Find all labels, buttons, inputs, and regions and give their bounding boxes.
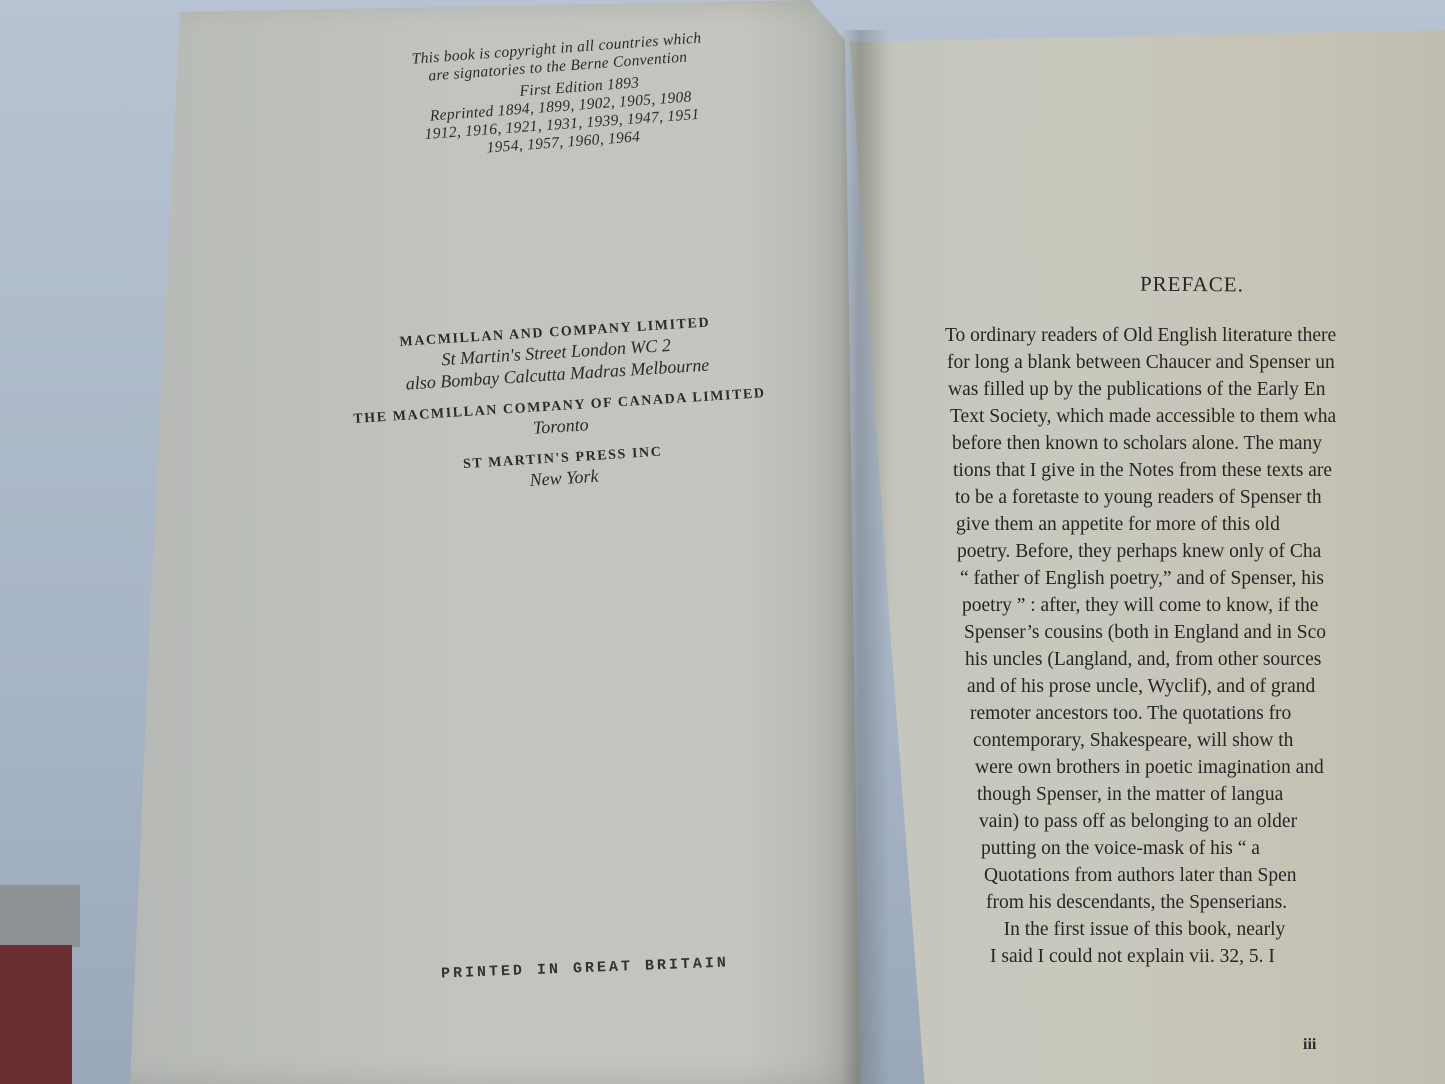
preface-line: his uncles (Langland, and, from other so… — [965, 646, 1445, 673]
preface-line: Spenser’s cousins (both in England and i… — [964, 619, 1445, 646]
preface-line: tions that I give in the Notes from thes… — [953, 457, 1445, 484]
preface-line: contemporary, Shakespeare, will show th — [973, 727, 1445, 754]
preface-line: for long a blank between Chaucer and Spe… — [947, 349, 1445, 376]
book-gutter — [840, 30, 890, 1084]
preface-line: To ordinary readers of Old English liter… — [945, 322, 1445, 349]
preface-line: to be a foretaste to young readers of Sp… — [955, 484, 1445, 511]
preface-line: give them an appetite for more of this o… — [956, 511, 1445, 538]
preface-line: remoter ancestors too. The quotations fr… — [970, 700, 1445, 727]
preface-line: In the first issue of this book, nearly — [989, 916, 1445, 943]
preface-line: vain) to pass off as belonging to an old… — [979, 808, 1445, 835]
publisher-list: MACMILLAN AND COMPANY LIMITED St Martin'… — [320, 310, 800, 517]
preface-line: I said I could not explain vii. 32, 5. I — [990, 943, 1445, 970]
preface-line: poetry ” : after, they will come to know… — [962, 592, 1445, 619]
preface-line: Text Society, which made accessible to t… — [950, 403, 1445, 430]
preface-line: were own brothers in poetic imagination … — [975, 754, 1445, 781]
left-page-copyright — [70, 0, 860, 1084]
preface-line: putting on the voice-mask of his “ a — [981, 835, 1445, 862]
background-object-grey — [0, 885, 80, 947]
preface-line: was filled up by the publications of the… — [948, 376, 1445, 403]
preface-heading: PREFACE. — [1140, 272, 1244, 298]
preface-line: before then known to scholars alone. The… — [952, 430, 1445, 457]
book-cover-edge — [0, 945, 72, 1084]
preface-body: To ordinary readers of Old English liter… — [945, 322, 1445, 970]
preface-line: from his descendants, the Spenserians. — [986, 889, 1445, 916]
preface-line: though Spenser, in the matter of langua — [977, 781, 1445, 808]
preface-line: “ father of English poetry,” and of Spen… — [960, 565, 1445, 592]
preface-line: Quotations from authors later than Spen — [984, 862, 1445, 889]
preface-line: and of his prose uncle, Wyclif), and of … — [967, 673, 1445, 700]
page-number: iii — [1303, 1036, 1316, 1054]
preface-line: poetry. Before, they perhaps knew only o… — [957, 538, 1445, 565]
